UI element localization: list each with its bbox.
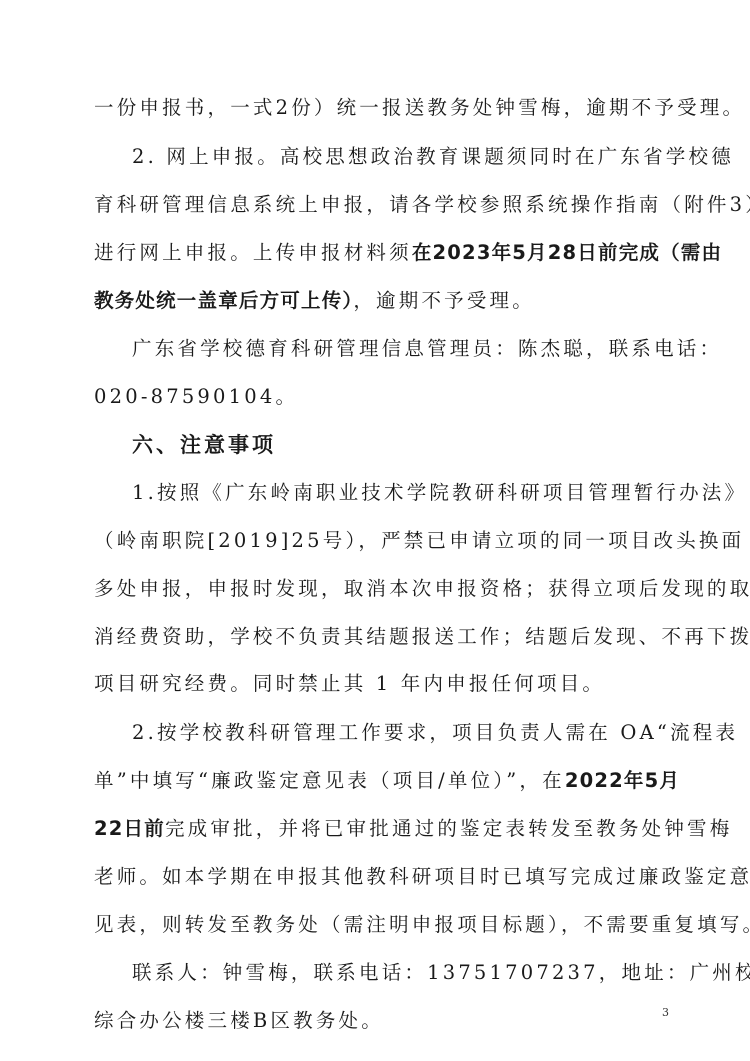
text-run: 进行网上申报。上传申报材料须 (94, 241, 412, 264)
paragraph-line: 综合办公楼三楼B区教务处。 (94, 1009, 694, 1033)
paragraph-line: 见表，则转发至教务处（需注明申报项目标题），不需要重复填写。 (94, 913, 694, 937)
paragraph-line: 广东省学校德育科研管理信息管理员：陈杰聪，联系电话： (132, 337, 732, 361)
section-heading: 六、注意事项 (132, 429, 276, 459)
paragraph-line: 消经费资助，学校不负责其结题报送工作；结题后发现、不再下拨 (94, 625, 694, 649)
paragraph-line: 一份申报书，一式2份）统一报送教务处钟雪梅，逾期不予受理。 (94, 96, 694, 120)
paragraph-line: 进行网上申报。上传申报材料须在2023年5月28日前完成（需由 (94, 241, 694, 265)
paragraph-line: 22日前完成审批，并将已审批通过的鉴定表转发至教务处钟雪梅 (94, 817, 694, 841)
paragraph-line: 2.按学校教科研管理工作要求，项目负责人需在 OA“流程表 (132, 721, 732, 745)
paragraph-line: 多处申报，申报时发现，取消本次申报资格；获得立项后发现的取 (94, 577, 694, 601)
paragraph-line: 老师。如本学期在申报其他教科研项目时已填写完成过廉政鉴定意 (94, 865, 694, 889)
bold-deadline-text: 在2023年5月28日前完成（需由 (412, 241, 722, 264)
paragraph-line: 教务处统一盖章后方可上传），逾期不予受理。 (94, 289, 694, 313)
bold-deadline-text: 教务处统一盖章后方可上传） (94, 289, 353, 312)
text-run: 完成审批，并将已审批通过的鉴定表转发至教务处钟雪梅 (165, 817, 733, 840)
page-number: 3 (662, 1006, 669, 1019)
paragraph-line: 1.按照《广东岭南职业技术学院教研科研项目管理暂行办法》 (132, 481, 732, 505)
text-run: ，逾期不予受理。 (353, 289, 535, 312)
paragraph-line: 020-87590104。 (94, 385, 694, 409)
bold-deadline-text: 22日前 (94, 817, 165, 840)
text-run: 单”中填写“廉政鉴定意见表（项目/单位）”，在 (94, 769, 565, 792)
paragraph-line: 单”中填写“廉政鉴定意见表（项目/单位）”，在2022年5月 (94, 769, 694, 793)
paragraph-line: 项目研究经费。同时禁止其 1 年内申报任何项目。 (94, 672, 694, 696)
paragraph-line: 联系人：钟雪梅，联系电话：13751707237，地址：广州校区 (132, 961, 732, 985)
paragraph-line: 2. 网上申报。高校思想政治教育课题须同时在广东省学校德 (132, 145, 732, 169)
paragraph-line: 育科研管理信息系统上申报，请各学校参照系统操作指南（附件3） (94, 193, 694, 217)
bold-deadline-text: 2022年5月 (565, 769, 680, 792)
paragraph-line: （岭南职院[2019]25号），严禁已申请立项的同一项目改头换面 (94, 529, 694, 553)
